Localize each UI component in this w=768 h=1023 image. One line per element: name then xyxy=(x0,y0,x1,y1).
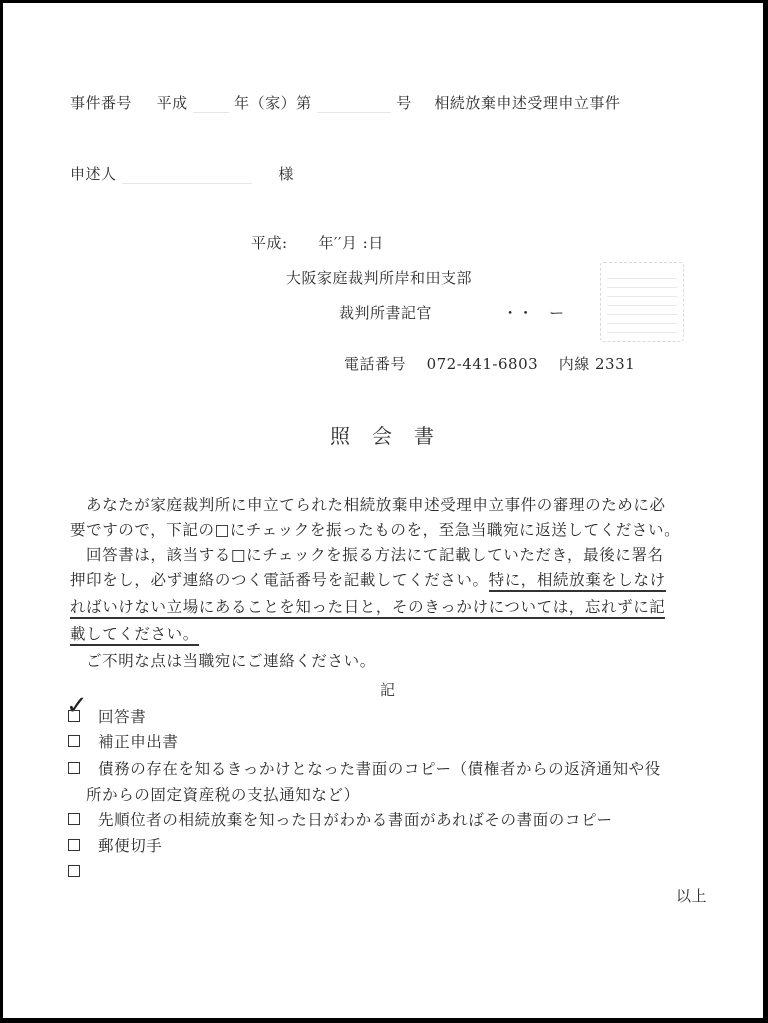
case-year-suffix: 年（家）第 xyxy=(234,94,312,112)
list-heading: 記 xyxy=(380,680,396,700)
checklist-label: 補正申出書 xyxy=(98,733,179,751)
checkbox[interactable] xyxy=(68,813,80,825)
case-number-line: 事件番号 平成 年（家）第 号 相続放棄申述受理申立事件 xyxy=(70,93,620,113)
case-era: 平成 xyxy=(157,94,188,112)
para2-line4: 載してください。 xyxy=(70,624,710,644)
para2-line2: 押印をし，必ず連絡のつく電話番号を記載してください。特に，相続放棄をしなけ xyxy=(70,570,710,590)
checkbox[interactable] xyxy=(68,839,80,851)
checkbox-checked[interactable] xyxy=(68,710,80,722)
checklist-label: 先順位者の相続放棄を知った日がわかる書面があればその書面のコピー xyxy=(98,811,613,829)
para1-line2: 要ですので，下記の□にチェックを振ったものを，至急当職宛に返送してください。 xyxy=(70,520,710,540)
para2-line1: 回答書は，該当する□にチェックを振る方法にて記載していただき，最後に署名 xyxy=(86,545,726,565)
applicant-label: 申述人 xyxy=(70,165,117,183)
phone-line: 電話番号 072-441-6803 内線 2331 xyxy=(344,354,635,374)
checklist-label: 郵便切手 xyxy=(98,837,162,855)
seal-stamp xyxy=(600,262,684,342)
issue-date: 平成: 年′′月 :日 xyxy=(251,233,384,253)
extension-label: 内線 xyxy=(559,355,590,373)
applicant-honorific: 様 xyxy=(278,165,294,183)
checklist-item-response-form[interactable]: 回答書 xyxy=(68,707,146,727)
checklist-item-continuation: 所からの固定資産税の支払通知など） xyxy=(86,785,360,805)
checklist-label: 債務の存在を知るきっかけとなった書面のコピー（債権者からの返済通知や役 xyxy=(98,760,661,778)
para2-line3-underlined: ればいけない立場にあることを知った日と，そのきっかけについては，忘れずに記 xyxy=(70,598,665,619)
para2-line4-underlined: 載してください。 xyxy=(70,625,199,646)
checklist-item-correction-form[interactable]: 補正申出書 xyxy=(68,732,179,752)
document-title: 照会書 xyxy=(330,420,456,449)
case-number-label: 事件番号 xyxy=(70,94,132,112)
checkbox[interactable] xyxy=(68,865,80,877)
clerk-line: 裁判所書記官 ・・ ー xyxy=(339,303,565,323)
checklist-item-debt-document-copy[interactable]: 債務の存在を知るきっかけとなった書面のコピー（債権者からの返済通知や役 xyxy=(68,759,661,779)
phone-label: 電話番号 xyxy=(344,355,406,373)
applicant-line: 申述人 様 xyxy=(70,164,294,184)
checkbox[interactable] xyxy=(68,762,80,774)
clerk-name: ・・ ー xyxy=(503,304,565,322)
case-type: 相続放棄申述受理申立事件 xyxy=(434,94,620,112)
checkbox[interactable] xyxy=(68,735,80,747)
para3: ご不明な点は当職宛にご連絡ください。 xyxy=(86,651,726,671)
checklist-item-blank[interactable] xyxy=(68,862,98,882)
closing-mark: 以上 xyxy=(676,886,707,906)
para1-line1: あなたが家庭裁判所に申立てられた相続放棄申述受理申立事件の審理のために必 xyxy=(86,495,726,515)
para2-line2-underlined: 特に，相続放棄をしなけ xyxy=(489,571,666,592)
para2-line3: ればいけない立場にあることを知った日と，そのきっかけについては，忘れずに記 xyxy=(70,597,710,617)
extension-number: 2331 xyxy=(595,355,635,373)
court-name: 大阪家庭裁判所岸和田支部 xyxy=(286,268,472,288)
clerk-title: 裁判所書記官 xyxy=(339,304,432,322)
case-number-suffix: 号 xyxy=(396,94,412,112)
para2-line2-plain: 押印をし，必ず連絡のつく電話番号を記載してください。 xyxy=(70,571,489,589)
checklist-item-prior-heir-document-copy[interactable]: 先順位者の相続放棄を知った日がわかる書面があればその書面のコピー xyxy=(68,810,613,830)
phone-number: 072-441-6803 xyxy=(427,355,539,373)
checklist-item-postage-stamps[interactable]: 郵便切手 xyxy=(68,836,162,856)
checklist-label: 回答書 xyxy=(98,708,146,726)
